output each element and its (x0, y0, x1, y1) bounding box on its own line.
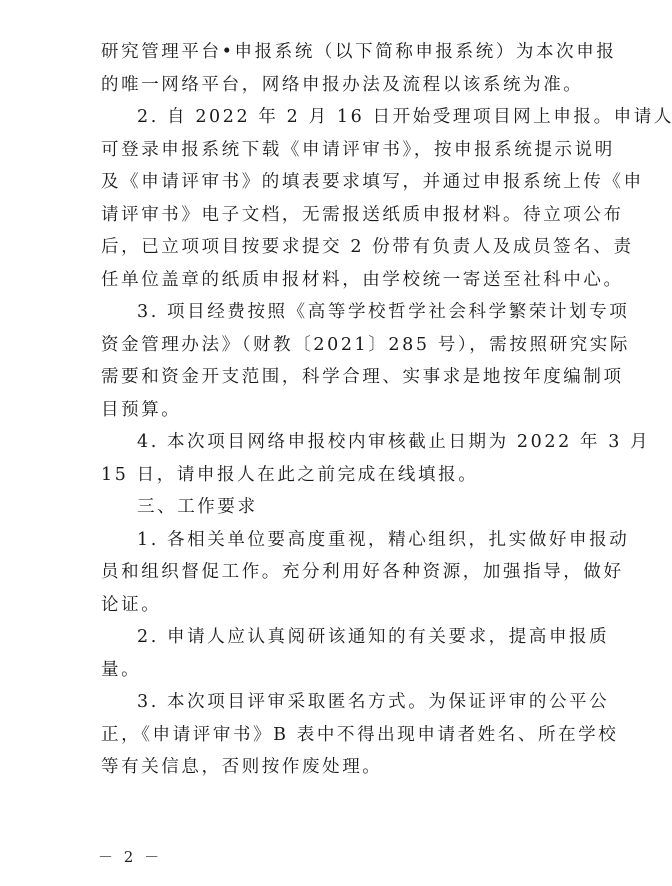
text-line: 15 日，请申报人在此之前完成在线填报。 (101, 459, 581, 492)
text-line: 资金管理办法》（财教〔2021〕285 号），需按照研究实际 (101, 329, 581, 362)
document-body: 研究管理平台•申报系统（以下简称申报系统）为本次申报 的唯一网络平台，网络申报办… (101, 36, 581, 784)
text-line: 正，《申请评审书》B 表中不得出现申请者姓名、所在学校 (101, 719, 581, 752)
text-line: 请评审书》电子文档，无需报送纸质申报材料。待立项公布 (101, 199, 581, 232)
text-line: 后，已立项项目按要求提交 2 份带有负责人及成员签名、责 (101, 231, 581, 264)
section-heading: 三、工作要求 (101, 491, 581, 524)
text-line: 目预算。 (101, 394, 581, 427)
requirement-item-2: 2. 申请人应认真阅研该通知的有关要求，提高申报质 (101, 621, 581, 654)
text-line: 任单位盖章的纸质申报材料，由学校统一寄送至社科中心。 (101, 264, 581, 297)
text-line: 需要和资金开支范围，科学合理、实事求是地按年度编制项 (101, 361, 581, 394)
text-line: 等有关信息，否则按作废处理。 (101, 751, 581, 784)
paragraph-item-4: 4. 本次项目网络申报校内审核截止日期为 2022 年 3 月 (101, 426, 581, 459)
text-line: 的唯一网络平台，网络申报办法及流程以该系统为准。 (101, 69, 581, 102)
page-number: － 2 － (98, 846, 162, 867)
text-line: 员和组织督促工作。充分利用好各种资源，加强指导，做好 (101, 556, 581, 589)
paragraph-item-2: 2. 自 2022 年 2 月 16 日开始受理项目网上申报。申请人 (101, 101, 581, 134)
text-line: 研究管理平台•申报系统（以下简称申报系统）为本次申报 (101, 36, 581, 69)
text-line: 可登录申报系统下载《申请评审书》，按申报系统提示说明 (101, 134, 581, 167)
text-line: 量。 (101, 654, 581, 687)
text-line: 及《申请评审书》的填表要求填写，并通过申报系统上传《申 (101, 166, 581, 199)
paragraph-item-3: 3. 项目经费按照《高等学校哲学社会科学繁荣计划专项 (101, 296, 581, 329)
requirement-item-1: 1. 各相关单位要高度重视，精心组织，扎实做好申报动 (101, 524, 581, 557)
text-line: 论证。 (101, 589, 581, 622)
requirement-item-3: 3. 本次项目评审采取匿名方式。为保证评审的公平公 (101, 686, 581, 719)
